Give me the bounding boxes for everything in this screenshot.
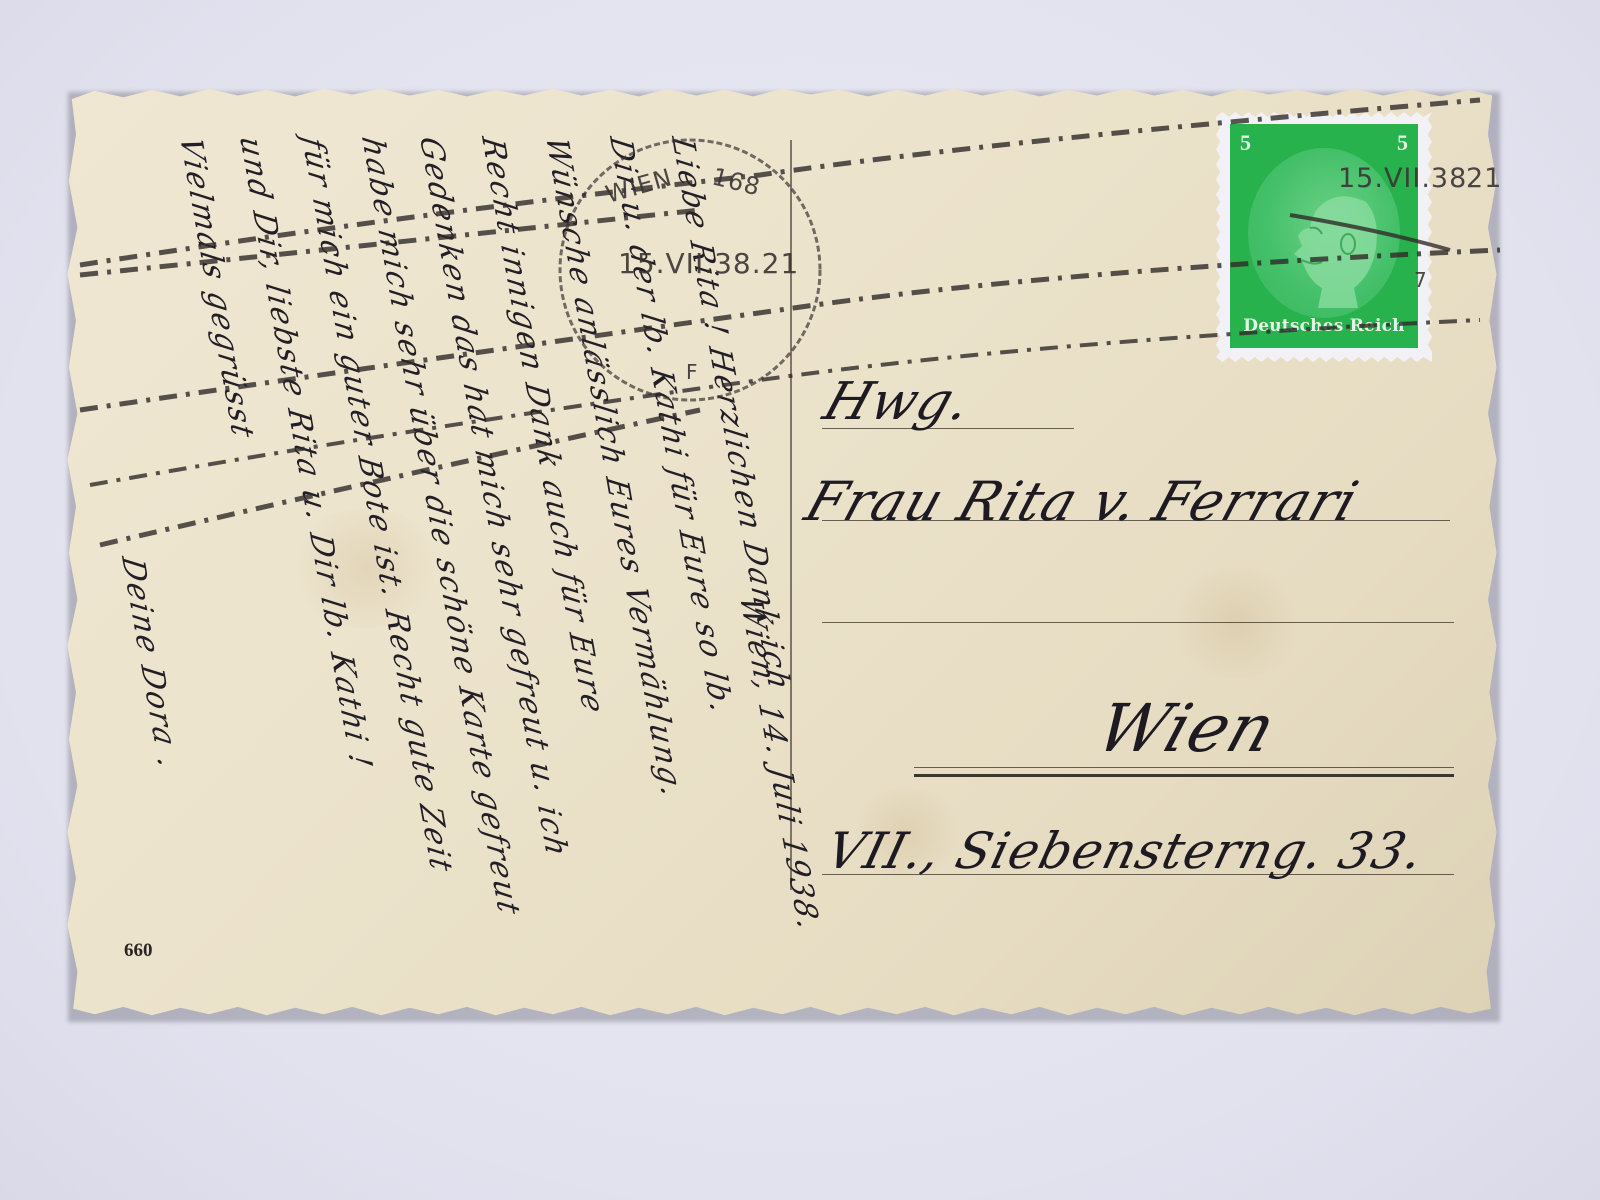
- machine-cancel-date: 15.VII.38: [1338, 163, 1467, 194]
- address-city: Wien: [1087, 690, 1285, 767]
- address-line-4-underline: [914, 774, 1454, 777]
- address-salutation: Hwg.: [816, 372, 979, 432]
- stamp-value-right: 5: [1397, 130, 1408, 156]
- address-line-3: [822, 622, 1454, 623]
- card-number: 660: [124, 940, 153, 962]
- stamp-value-left: 5: [1240, 130, 1251, 156]
- machine-cancel-row2: 7: [1414, 268, 1428, 292]
- address-street: VII., Siebensterng. 33.: [821, 822, 1430, 880]
- profile-portrait-icon: [1288, 188, 1388, 308]
- stamp-label: Deutsches Reich: [1230, 316, 1418, 336]
- paper-stain: [1166, 568, 1306, 678]
- stamp-face: 5 5 Deutsches Reich: [1230, 124, 1418, 348]
- address-line-4: [914, 767, 1454, 768]
- postmark-date: 15.VII.38.21: [618, 247, 799, 280]
- machine-cancel-hour: 21: [1466, 163, 1502, 194]
- postmark-suffix: F: [686, 360, 699, 384]
- postage-stamp: 5 5 Deutsches Reich: [1216, 112, 1432, 362]
- address-name: Frau Rita v. Ferrari: [798, 470, 1367, 533]
